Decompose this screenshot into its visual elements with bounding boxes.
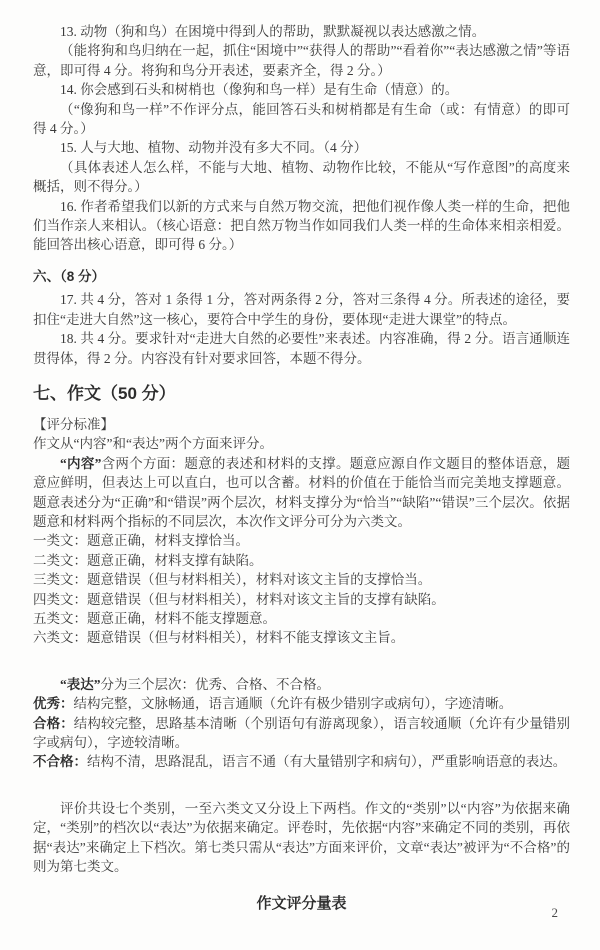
expression-definition: “表达”分为三个层次：优秀、合格、不合格。 bbox=[33, 675, 570, 694]
answer-13: 13. 动物（狗和鸟）在困境中得到人的帮助，默默凝视以表达感激之情。 bbox=[33, 22, 570, 41]
content-definition: “内容”含两个方面：题意的表述和材料的支撑。题意应源自作文题目的整体语意，题意应… bbox=[33, 454, 570, 532]
expression-term: “表达” bbox=[60, 677, 101, 692]
answer-15: 15. 人与大地、植物、动物并没有多大不同。（4 分） bbox=[33, 138, 570, 157]
section-6-heading: 六、（8 分） bbox=[33, 267, 570, 286]
answer-17: 17. 共 4 分，答对 1 条得 1 分，答对两条得 2 分，答对三条得 4 … bbox=[33, 290, 570, 329]
scoring-intro: 作文从“内容”和“表达”两个方面来评分。 bbox=[33, 434, 570, 453]
scoring-table-title: 作文评分量表 bbox=[33, 893, 570, 915]
level-fail: 不合格：结构不清，思路混乱，语言不通（有大量错别字和病句），严重影响语意的表达。 bbox=[33, 752, 570, 771]
level-excellent: 优秀：结构完整，文脉畅通，语言通顺（允许有极少错别字或病句），字迹清晰。 bbox=[33, 694, 570, 713]
criteria-label: 【评分标准】 bbox=[33, 415, 570, 434]
content-definition-text: 含两个方面：题意的表述和材料的支撑。题意应源自作文题目的整体语意，题意应鲜明，但… bbox=[33, 456, 570, 529]
level-excellent-label: 优秀： bbox=[33, 696, 74, 711]
level-pass-label: 合格： bbox=[33, 716, 74, 731]
answer-14-note: （“像狗和鸟一样”不作评分点，能回答石头和树梢都是有生命（或：有情意）的即可得 … bbox=[33, 100, 570, 139]
answer-18: 18. 共 4 分。要求针对“走进大自然的必要性”来表述。内容准确，得 2 分。… bbox=[33, 329, 570, 368]
level-excellent-text: 结构完整，文脉畅通，语言通顺（允许有极少错别字或病句），字迹清晰。 bbox=[74, 696, 513, 711]
answer-13-note: （能将狗和鸟归纳在一起，抓住“困境中”“获得人的帮助”“看着你”“表达感激之情”… bbox=[33, 41, 570, 80]
expression-definition-text: 分为三个层次：优秀、合格、不合格。 bbox=[101, 677, 331, 692]
category-2: 二类文：题意正确，材料支撑有缺陷。 bbox=[33, 551, 570, 570]
level-pass: 合格：结构较完整，思路基本清晰（个别语句有游离现象），语言较通顺（允许有少量错别… bbox=[33, 714, 570, 753]
evaluation-paragraph: 评价共设七个类别，一至六类文又分设上下两档。作文的“类别”以“内容”为依据来确定… bbox=[33, 799, 570, 877]
content-term: “内容” bbox=[60, 456, 101, 471]
section-7-heading: 七、作文（50 分） bbox=[33, 382, 570, 406]
level-fail-text: 结构不清，思路混乱，语言不通（有大量错别字和病句），严重影响语意的表达。 bbox=[87, 754, 566, 769]
answer-15-note: （具体表述人怎么样，不能与大地、植物、动物作比较，不能从“写作意图”的高度来概括… bbox=[33, 158, 570, 197]
page-number: 2 bbox=[552, 905, 559, 921]
level-fail-label: 不合格： bbox=[33, 754, 87, 769]
category-4: 四类文：题意错误（但与材料相关），材料对该文主旨的支撑有缺陷。 bbox=[33, 590, 570, 609]
document-page: 13. 动物（狗和鸟）在困境中得到人的帮助，默默凝视以表达感激之情。 （能将狗和… bbox=[0, 0, 600, 950]
category-3: 三类文：题意错误（但与材料相关），材料对该文主旨的支撑恰当。 bbox=[33, 570, 570, 589]
category-5: 五类文：题意正确，材料不能支撑题意。 bbox=[33, 609, 570, 628]
category-1: 一类文：题意正确，材料支撑恰当。 bbox=[33, 531, 570, 550]
category-6: 六类文：题意错误（但与材料相关），材料不能支撑该文主旨。 bbox=[33, 628, 570, 647]
answer-14: 14. 你会感到石头和树梢也（像狗和鸟一样）是有生命（情意）的。 bbox=[33, 80, 570, 99]
level-pass-text: 结构较完整，思路基本清晰（个别语句有游离现象），语言较通顺（允许有少量错别字或病… bbox=[33, 716, 570, 750]
answer-16: 16. 作者希望我们以新的方式来与自然万物交流，把他们视作像人类一样的生命，把他… bbox=[33, 197, 570, 255]
